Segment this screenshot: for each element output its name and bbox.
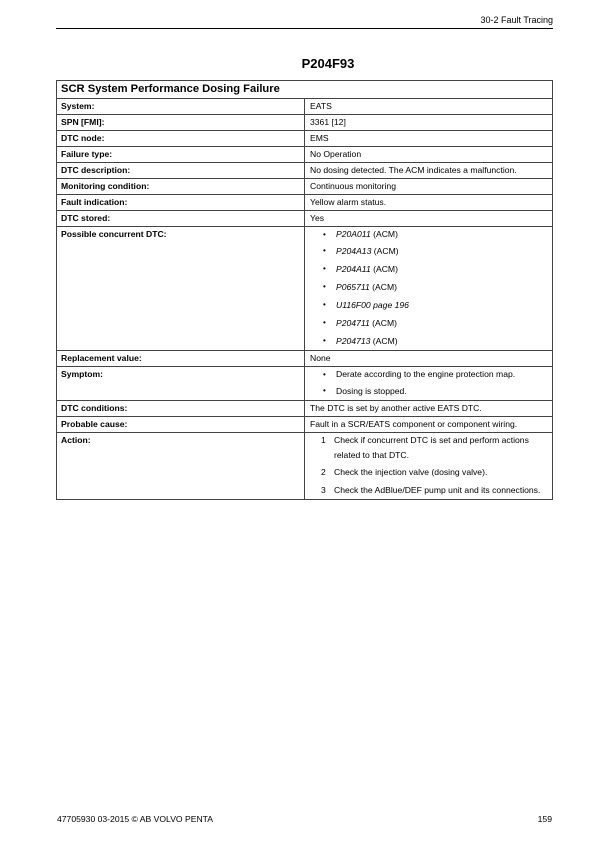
row-value: Derate according to the engine protectio… (305, 367, 553, 401)
table-row: DTC description:No dosing detected. The … (57, 163, 553, 179)
concurrent-dtc-item: P204A11 (ACM) (310, 260, 547, 278)
concurrent-dtc-item: P20A011 (ACM) (310, 227, 547, 242)
row-label: Probable cause: (57, 417, 305, 433)
table-row: Monitoring condition:Continuous monitori… (57, 179, 553, 195)
dtc-module: (ACM) (371, 229, 398, 239)
row-value: EATS (305, 99, 553, 115)
dtc-module: (ACM) (370, 318, 397, 328)
table-row: SPN [FMI]:3361 [12] (57, 115, 553, 131)
action-step: 3Check the AdBlue/DEF pump unit and its … (310, 481, 547, 499)
table-row-action: Action: 1Check if concurrent DTC is set … (57, 433, 553, 500)
section-title: 30-2 Fault Tracing (480, 15, 553, 25)
step-number: 3 (321, 481, 326, 499)
row-value: Yes (305, 211, 553, 227)
row-label: Possible concurrent DTC: (57, 227, 305, 351)
table-row: DTC stored:Yes (57, 211, 553, 227)
row-label: Replacement value: (57, 351, 305, 367)
row-label: Failure type: (57, 147, 305, 163)
page-title: P204F93 (0, 56, 596, 71)
footer-doc-info: 47705930 03-2015 © AB VOLVO PENTA (57, 814, 213, 824)
table-row-dtc-conditions: DTC conditions: The DTC is set by anothe… (57, 401, 553, 417)
dtc-code-link[interactable]: P204711 (336, 318, 370, 328)
row-value: EMS (305, 131, 553, 147)
row-label: Action: (57, 433, 305, 500)
row-value: Fault in a SCR/EATS component or compone… (305, 417, 553, 433)
symptom-list: Derate according to the engine protectio… (310, 367, 547, 400)
table-row: System:EATS (57, 99, 553, 115)
list-item: Derate according to the engine protectio… (310, 367, 547, 382)
row-label: Fault indication: (57, 195, 305, 211)
table-row-probable-cause: Probable cause: Fault in a SCR/EATS comp… (57, 417, 553, 433)
table-row: DTC node:EMS (57, 131, 553, 147)
row-value: 3361 [12] (305, 115, 553, 131)
row-label: System: (57, 99, 305, 115)
row-label: DTC conditions: (57, 401, 305, 417)
table-row-symptom: Symptom: Derate according to the engine … (57, 367, 553, 401)
dtc-module: (ACM) (371, 264, 398, 274)
row-value: No dosing detected. The ACM indicates a … (305, 163, 553, 179)
list-item: Dosing is stopped. (310, 382, 547, 400)
table-row-replacement: Replacement value: None (57, 351, 553, 367)
table-row-concurrent-dtc: Possible concurrent DTC: P20A011 (ACM)P2… (57, 227, 553, 351)
table-row: Fault indication:Yellow alarm status. (57, 195, 553, 211)
dtc-code-link[interactable]: P20A011 (336, 229, 371, 239)
table-title: SCR System Performance Dosing Failure (57, 81, 553, 99)
step-number: 1 (321, 433, 326, 448)
dtc-code-link[interactable]: U116F00 page 196 (336, 300, 409, 310)
action-step: 1Check if concurrent DTC is set and perf… (310, 433, 547, 463)
row-label: Monitoring condition: (57, 179, 305, 195)
row-value: Yellow alarm status. (305, 195, 553, 211)
row-value: No Operation (305, 147, 553, 163)
concurrent-dtc-item: P065711 (ACM) (310, 278, 547, 296)
row-value: The DTC is set by another active EATS DT… (305, 401, 553, 417)
step-text: Check the AdBlue/DEF pump unit and its c… (334, 485, 540, 495)
row-label: SPN [FMI]: (57, 115, 305, 131)
row-label: Symptom: (57, 367, 305, 401)
dtc-code-link[interactable]: P204A13 (336, 246, 371, 256)
dtc-info-table: SCR System Performance Dosing Failure Sy… (56, 80, 553, 500)
dtc-code-link[interactable]: P204713 (336, 336, 370, 346)
row-value: None (305, 351, 553, 367)
step-number: 2 (321, 463, 326, 481)
page-number: 159 (538, 814, 552, 824)
action-step: 2Check the injection valve (dosing valve… (310, 463, 547, 481)
concurrent-dtc-list: P20A011 (ACM)P204A13 (ACM)P204A11 (ACM)P… (310, 227, 547, 350)
dtc-module: (ACM) (371, 246, 398, 256)
row-value: P20A011 (ACM)P204A13 (ACM)P204A11 (ACM)P… (305, 227, 553, 351)
concurrent-dtc-item: P204711 (ACM) (310, 314, 547, 332)
table-row: Failure type:No Operation (57, 147, 553, 163)
page-header: 30-2 Fault Tracing (56, 14, 553, 29)
row-label: DTC description: (57, 163, 305, 179)
dtc-code-link[interactable]: P065711 (336, 282, 370, 292)
concurrent-dtc-item: P204713 (ACM) (310, 332, 547, 350)
dtc-code-link[interactable]: P204A11 (336, 264, 371, 274)
row-label: DTC node: (57, 131, 305, 147)
row-label: DTC stored: (57, 211, 305, 227)
dtc-module: (ACM) (370, 336, 397, 346)
row-value: Continuous monitoring (305, 179, 553, 195)
step-text: Check if concurrent DTC is set and perfo… (334, 435, 529, 460)
dtc-module: (ACM) (370, 282, 397, 292)
concurrent-dtc-item: U116F00 page 196 (310, 296, 547, 314)
concurrent-dtc-item: P204A13 (ACM) (310, 242, 547, 260)
step-text: Check the injection valve (dosing valve)… (334, 467, 487, 477)
row-value: 1Check if concurrent DTC is set and perf… (305, 433, 553, 500)
action-steps: 1Check if concurrent DTC is set and perf… (310, 433, 547, 499)
